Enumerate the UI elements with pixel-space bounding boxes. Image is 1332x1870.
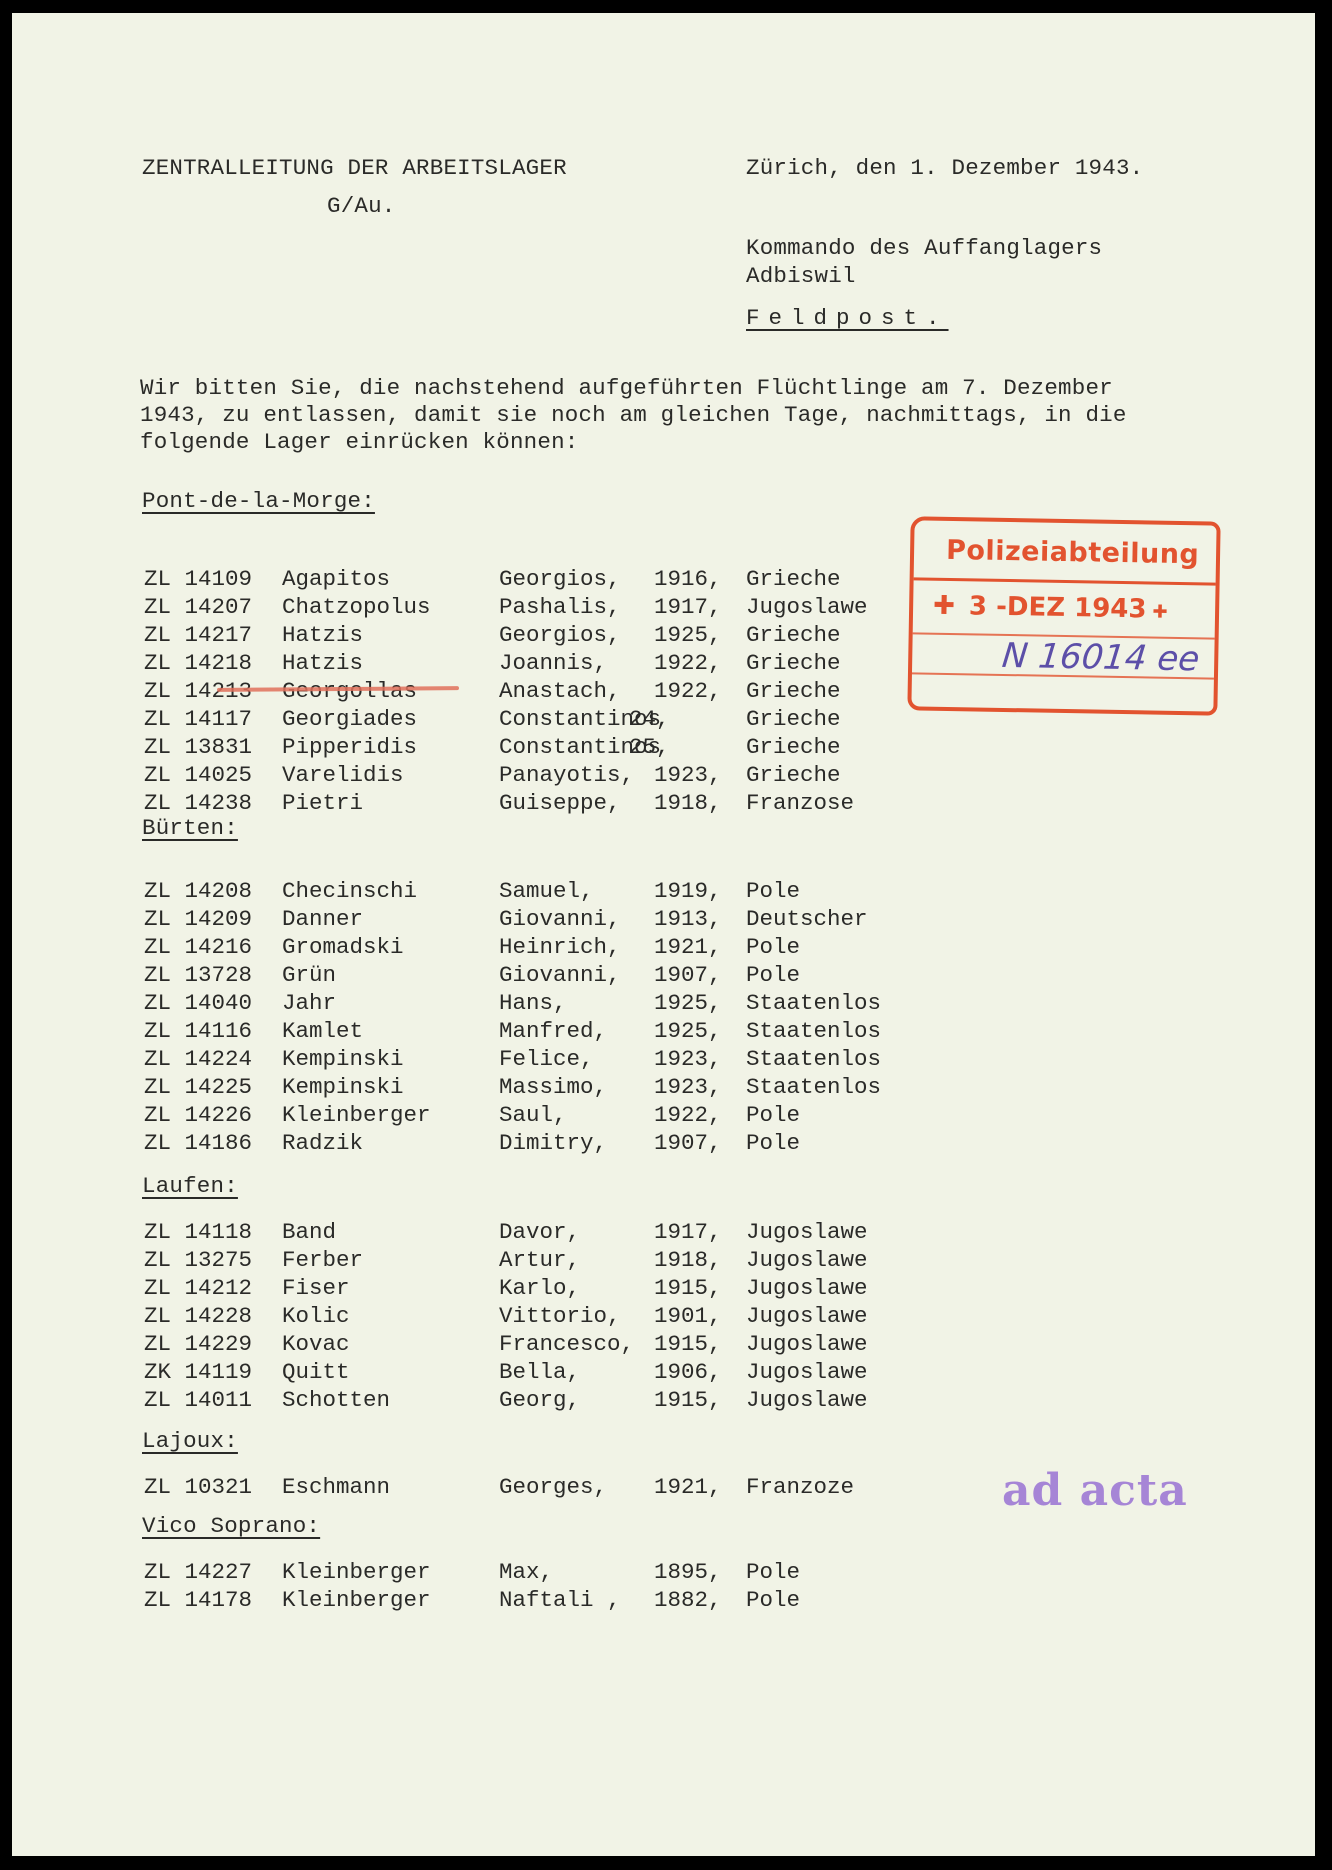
person-nationality: Staatenlos (746, 1073, 881, 1101)
person-id: ZL 14229 (144, 1330, 252, 1358)
stamp-date: 3 -DEZ 1943 (969, 591, 1147, 624)
person-nationality: Jugoslawe (746, 1218, 868, 1246)
person-nationality: Jugoslawe (746, 1274, 868, 1302)
person-id: ZL 14227 (144, 1558, 252, 1586)
person-surname: Agapitos (282, 565, 390, 593)
body-line-2: 1943, zu entlassen, damit sie noch am gl… (140, 402, 1127, 429)
person-year: 1918, (654, 1246, 722, 1274)
person-surname: Quitt (282, 1358, 350, 1386)
person-id: ZL 14224 (144, 1045, 252, 1073)
person-id: ZL 14040 (144, 989, 252, 1017)
person-nationality: Grieche (746, 677, 841, 705)
person-nationality: Grieche (746, 649, 841, 677)
person-surname: Grün (282, 961, 336, 989)
person-year: 1895, (654, 1558, 722, 1586)
camp-heading-laufen: Laufen: (142, 1173, 238, 1200)
person-first-name: Saul, (499, 1101, 567, 1129)
person-id: ZL 10321 (144, 1473, 252, 1501)
person-first-name: Anastach, (499, 677, 621, 705)
person-first-name: Felice, (499, 1045, 594, 1073)
person-year: 1915, (654, 1330, 722, 1358)
person-surname: Kamlet (282, 1017, 363, 1045)
person-id: ZL 14212 (144, 1274, 252, 1302)
person-year: 1921, (654, 933, 722, 961)
person-nationality: Franzoze (746, 1473, 854, 1501)
person-nationality: Grieche (746, 621, 841, 649)
person-id: ZL 14208 (144, 877, 252, 905)
person-id: ZL 14186 (144, 1129, 252, 1157)
person-surname: Pietri (282, 789, 363, 817)
person-first-name: Giovanni, (499, 905, 621, 933)
person-surname: Checinschi (282, 877, 417, 905)
person-id: ZL 14116 (144, 1017, 252, 1045)
person-surname: Kleinberger (282, 1586, 431, 1614)
person-id: ZL 14217 (144, 621, 252, 649)
person-first-name: Bella, (499, 1358, 580, 1386)
person-year: 25, (629, 733, 670, 761)
person-first-name: Georgios, (499, 565, 621, 593)
person-nationality: Franzose (746, 789, 854, 817)
person-first-name: Panayotis, (499, 761, 634, 789)
person-id: ZL 14238 (144, 789, 252, 817)
red-pencil-underline (217, 686, 459, 692)
person-id: ZL 14025 (144, 761, 252, 789)
person-id: ZL 14216 (144, 933, 252, 961)
person-year: 24, (629, 705, 670, 733)
person-nationality: Pole (746, 961, 800, 989)
person-first-name: Georg, (499, 1386, 580, 1414)
person-nationality: Pole (746, 1129, 800, 1157)
person-year: 1919, (654, 877, 722, 905)
person-year: 1917, (654, 1218, 722, 1246)
person-year: 1923, (654, 1045, 722, 1073)
person-year: 1917, (654, 593, 722, 621)
person-first-name: Pashalis, (499, 593, 621, 621)
person-year: 1907, (654, 961, 722, 989)
person-first-name: Heinrich, (499, 933, 621, 961)
person-year: 1922, (654, 677, 722, 705)
delivery-method: Feldpost. (746, 305, 949, 332)
person-id: ZL 14209 (144, 905, 252, 933)
person-id: ZL 14109 (144, 565, 252, 593)
person-year: 1901, (654, 1302, 722, 1330)
person-year: 1925, (654, 621, 722, 649)
place-date: Zürich, den 1. Dezember 1943. (746, 155, 1143, 182)
person-nationality: Pole (746, 1101, 800, 1129)
person-first-name: Georges, (499, 1473, 607, 1501)
person-year: 1923, (654, 761, 722, 789)
person-id: ZL 14228 (144, 1302, 252, 1330)
person-surname: Jahr (282, 989, 336, 1017)
person-first-name: Dimitry, (499, 1129, 607, 1157)
person-id: ZL 13728 (144, 961, 252, 989)
person-first-name: Georgios, (499, 621, 621, 649)
person-nationality: Jugoslawe (746, 1358, 868, 1386)
person-first-name: Karlo, (499, 1274, 580, 1302)
person-nationality: Grieche (746, 565, 841, 593)
person-year: 1882, (654, 1586, 722, 1614)
person-id: ZL 14118 (144, 1218, 252, 1246)
organization-header: ZENTRALLEITUNG DER ARBEITSLAGER (142, 155, 567, 182)
person-id: ZL 14117 (144, 705, 252, 733)
person-surname: Eschmann (282, 1473, 390, 1501)
person-id: ZL 13275 (144, 1246, 252, 1274)
recipient-line-2: Adbiswil (746, 263, 856, 290)
person-surname: Kempinski (282, 1045, 404, 1073)
person-first-name: Hans, (499, 989, 567, 1017)
camp-heading-pont-de-la-morge: Pont-de-la-Morge: (142, 488, 375, 515)
person-surname: Chatzopolus (282, 593, 431, 621)
person-surname: Kleinberger (282, 1101, 431, 1129)
person-first-name: Davor, (499, 1218, 580, 1246)
person-surname: Kempinski (282, 1073, 404, 1101)
person-first-name: Joannis, (499, 649, 607, 677)
person-id: ZL 14226 (144, 1101, 252, 1129)
person-first-name: Manfred, (499, 1017, 607, 1045)
person-first-name: Max, (499, 1558, 553, 1586)
person-surname: Georgiades (282, 705, 417, 733)
camp-heading-lajoux: Lajoux: (142, 1428, 238, 1455)
person-id: ZL 14225 (144, 1073, 252, 1101)
person-surname: Kolic (282, 1302, 350, 1330)
person-surname: Band (282, 1218, 336, 1246)
person-year: 1913, (654, 905, 722, 933)
person-first-name: Samuel, (499, 877, 594, 905)
person-year: 1922, (654, 649, 722, 677)
person-surname: Kleinberger (282, 1558, 431, 1586)
person-year: 1915, (654, 1274, 722, 1302)
recipient-line-1: Kommando des Auffanglagers (746, 235, 1102, 262)
stamp-handwritten-number: N 16014 ee (1000, 636, 1201, 679)
camp-heading-vico-soprano: Vico Soprano: (142, 1513, 320, 1540)
swiss-cross-icon: ✚ (1152, 602, 1167, 623)
person-nationality: Jugoslawe (746, 1330, 868, 1358)
police-stamp: Polizeiabteilung ✚3 -DEZ 1943✚ N 16014 e… (907, 516, 1220, 715)
document-page: ZENTRALLEITUNG DER ARBEITSLAGER G/Au. Zü… (12, 13, 1315, 1856)
person-nationality: Jugoslawe (746, 1246, 868, 1274)
body-line-1: Wir bitten Sie, die nachstehend aufgefüh… (140, 375, 1113, 402)
person-year: 1906, (654, 1358, 722, 1386)
person-surname: Ferber (282, 1246, 363, 1274)
person-first-name: Guiseppe, (499, 789, 621, 817)
person-first-name: Giovanni, (499, 961, 621, 989)
swiss-cross-icon: ✚ (933, 591, 955, 621)
person-nationality: Pole (746, 1586, 800, 1614)
person-year: 1925, (654, 1017, 722, 1045)
stamp-date-row: ✚3 -DEZ 1943✚ (933, 591, 1168, 625)
person-surname: Hatzis (282, 649, 363, 677)
person-id: ZL 14011 (144, 1386, 252, 1414)
person-nationality: Jugoslawe (746, 1302, 868, 1330)
person-nationality: Pole (746, 877, 800, 905)
person-surname: Radzik (282, 1129, 363, 1157)
person-surname: Danner (282, 905, 363, 933)
person-nationality: Staatenlos (746, 989, 881, 1017)
person-id: ZL 14207 (144, 593, 252, 621)
person-first-name: Artur, (499, 1246, 580, 1274)
stamp-title: Polizeiabteilung (946, 535, 1200, 570)
person-id: ZL 13831 (144, 733, 252, 761)
person-year: 1918, (654, 789, 722, 817)
person-nationality: Grieche (746, 705, 841, 733)
person-surname: Kovac (282, 1330, 350, 1358)
person-nationality: Deutscher (746, 905, 868, 933)
person-first-name: Naftali , (499, 1586, 621, 1614)
person-surname: Varelidis (282, 761, 404, 789)
person-surname: Fiser (282, 1274, 350, 1302)
person-nationality: Staatenlos (746, 1017, 881, 1045)
person-nationality: Staatenlos (746, 1045, 881, 1073)
person-nationality: Jugoslawe (746, 1386, 868, 1414)
ad-acta-stamp: ad acta (1002, 1465, 1188, 1516)
person-year: 1925, (654, 989, 722, 1017)
person-first-name: Francesco, (499, 1330, 634, 1358)
person-first-name: Vittorio, (499, 1302, 621, 1330)
person-year: 1916, (654, 565, 722, 593)
person-surname: Schotten (282, 1386, 390, 1414)
person-surname: Hatzis (282, 621, 363, 649)
person-year: 1923, (654, 1073, 722, 1101)
stamp-divider (914, 577, 1216, 585)
person-nationality: Pole (746, 1558, 800, 1586)
camp-heading-burten: Bürten: (142, 815, 238, 842)
body-line-3: folgende Lager einrücken können: (140, 429, 578, 456)
person-nationality: Jugoslawe (746, 593, 868, 621)
person-first-name: Massimo, (499, 1073, 607, 1101)
person-id: ZK 14119 (144, 1358, 252, 1386)
person-surname: Gromadski (282, 933, 404, 961)
person-nationality: Grieche (746, 733, 841, 761)
person-nationality: Pole (746, 933, 800, 961)
person-nationality: Grieche (746, 761, 841, 789)
person-id: ZL 14218 (144, 649, 252, 677)
person-year: 1921, (654, 1473, 722, 1501)
person-surname: Pipperidis (282, 733, 417, 761)
person-id: ZL 14178 (144, 1586, 252, 1614)
person-year: 1907, (654, 1129, 722, 1157)
person-year: 1915, (654, 1386, 722, 1414)
reference-code: G/Au. (327, 193, 396, 220)
person-year: 1922, (654, 1101, 722, 1129)
